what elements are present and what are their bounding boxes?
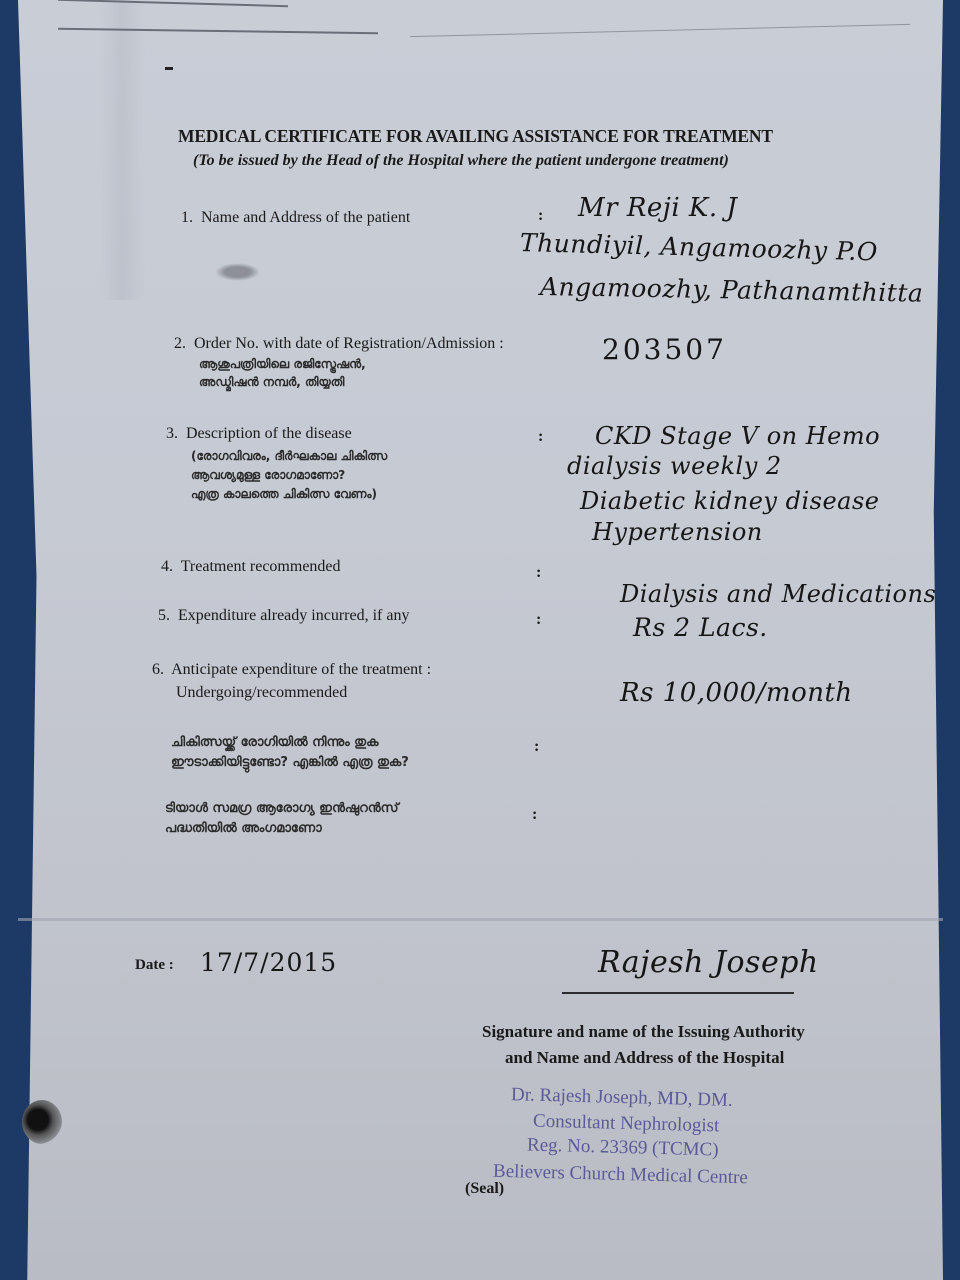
field-2-label: 2. Order No. with date of Registration/A…	[174, 335, 504, 353]
disease-line-2: dialysis weekly 2	[567, 452, 782, 480]
field-2-label-ml-1: ആശുപത്രിയിലെ രജിസ്ട്രേഷൻ,	[199, 355, 366, 373]
signature: Rajesh Joseph	[598, 945, 819, 980]
field-3-label: 3. Description of the disease	[166, 425, 352, 443]
signature-caption-1: Signature and name of the Issuing Author…	[482, 1022, 805, 1042]
extra-field-2-label-2: പദ്ധതിയിൽ അംഗമാണോ	[165, 820, 322, 838]
field-6-label-line-2: Undergoing/recommended	[176, 684, 347, 702]
certificate-paper	[18, 0, 943, 1280]
signature-line	[562, 992, 794, 994]
field-1-colon: :	[538, 207, 543, 225]
field-label: Order No. with date of Registration/Admi…	[194, 335, 504, 352]
paper-crease	[100, 0, 145, 300]
order-number: 203507	[602, 333, 727, 366]
field-3-label-ml-3: എത്ര കാലത്തെ ചികിത്സ വേണം)	[191, 485, 377, 503]
disease-line-1: CKD Stage V on Hemo	[595, 422, 880, 450]
seal-label: (Seal)	[465, 1180, 504, 1198]
extra-field-1-label-2: ഈടാക്കിയിട്ടുണ്ടോ? എങ്കിൽ എത്ര തുക?	[171, 754, 409, 772]
field-number: 6.	[152, 661, 164, 678]
field-6-label: 6. Anticipate expenditure of the treatme…	[152, 661, 431, 679]
field-4-label: 4. Treatment recommended	[161, 558, 341, 576]
field-number: 2.	[174, 335, 186, 352]
field-2-label-ml-2: അഡ്മിഷൻ നമ്പർ, തിയ്യതി	[199, 373, 344, 391]
disease-line-3: Diabetic kidney disease	[580, 487, 880, 515]
field-5-label: 5. Expenditure already incurred, if any	[158, 607, 409, 625]
field-label: Name and Address of the patient	[201, 209, 410, 226]
extra-field-1-colon: :	[534, 738, 539, 756]
ink-blot	[22, 1100, 62, 1144]
field-number: 4.	[161, 558, 173, 575]
field-label: Treatment recommended	[181, 558, 341, 575]
field-label: Description of the disease	[186, 425, 352, 442]
expenditure-incurred-value: Rs 2 Lacs.	[633, 613, 768, 642]
treatment-value: Dialysis and Medications	[620, 580, 936, 608]
paper-fold	[18, 918, 943, 921]
field-number: 3.	[166, 425, 178, 442]
field-4-colon: :	[536, 564, 541, 582]
mark	[165, 67, 173, 70]
signature-caption-2: and Name and Address of the Hospital	[505, 1048, 784, 1068]
smudge	[215, 263, 260, 281]
field-number: 1.	[181, 209, 193, 226]
field-3-label-ml-1: (രോഗവിവരം, ദീർഘകാല ചികിത്സ	[191, 447, 387, 465]
extra-field-2-label-1: ടിയാൾ സമഗ്ര ആരോഗ്യ ഇൻഷുറൻസ്	[165, 800, 399, 818]
date-value: 17/7/2015	[200, 948, 337, 977]
field-1-label: 1. Name and Address of the patient	[181, 209, 410, 227]
field-5-colon: :	[536, 611, 541, 629]
field-3-label-ml-2: ആവശ്യമുള്ള രോഗമാണോ?	[191, 466, 345, 484]
field-number: 5.	[158, 607, 170, 624]
field-label: Anticipate expenditure of the treatment …	[171, 661, 431, 678]
date-label: Date :	[135, 957, 174, 974]
disease-line-4: Hypertension	[592, 518, 763, 546]
extra-field-2-colon: :	[532, 806, 537, 824]
document-title: MEDICAL CERTIFICATE FOR AVAILING ASSISTA…	[178, 126, 773, 147]
patient-name: Mr Reji K. J	[578, 193, 737, 223]
document-subtitle: (To be issued by the Head of the Hospita…	[193, 152, 729, 170]
field-3-colon: :	[538, 428, 543, 446]
extra-field-1-label-1: ചികിത്സയ്ക്ക് രോഗിയിൽ നിന്നും തുക	[171, 734, 379, 752]
field-label: Expenditure already incurred, if any	[178, 607, 409, 624]
anticipated-expenditure-value: Rs 10,000/month	[620, 678, 853, 708]
